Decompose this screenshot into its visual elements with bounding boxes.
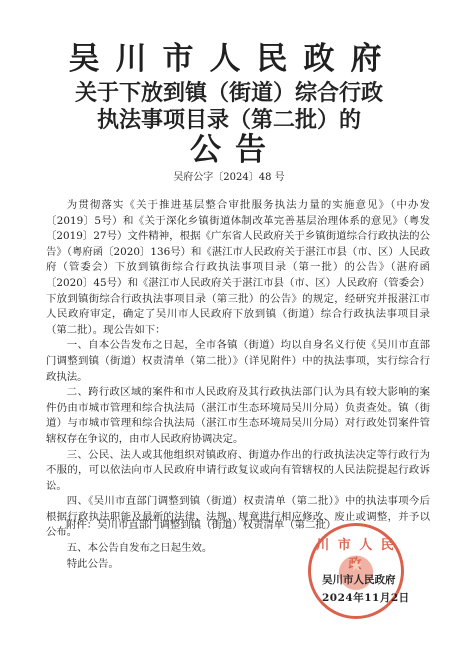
body-paragraph-item-3: 三、公民、法人或其他组织对镇政府、街道办作出的行政执法决定等行政行为不服的，可以… [46,448,430,495]
issuing-organization-title: 吴川市人民政府 [0,42,458,76]
document-number: 吴府公字〔2024〕48 号 [0,172,458,184]
attachment-reference: 附件：吴川市直部门调整到镇（街道）权责清单（第二批） [66,518,336,532]
document-body: 为贯彻落实《关于推进基层整合审批服务执法力量的实施意见》（中办发〔2019〕5号… [46,198,430,572]
signature-date: 2024年11月2日 [322,591,432,605]
document-subtitle-line-2: 执法事项目录（第二批）的 [0,107,458,133]
signature-organization: 吴川市人民政府 [322,573,432,587]
body-paragraph-intro: 为贯彻落实《关于推进基层整合审批服务执法力量的实施意见》（中办发〔2019〕5号… [46,198,430,338]
signature-block: 吴川市人民政府 2024年11月2日 [322,573,432,605]
body-paragraph-item-2: 二、跨行政区域的案件和市人民政府及其行政执法部门认为具有较大影响的案件仍由市城市… [46,385,430,447]
document-subtitle-line-1: 关于下放到镇（街道）综合行政 [0,80,458,106]
body-paragraph-item-1: 一、自本公告发布之日起，全市各镇（街道）均以自身名义行使《吴川市直部门调整到镇（… [46,338,430,385]
notice-title: 公告 [0,133,458,167]
